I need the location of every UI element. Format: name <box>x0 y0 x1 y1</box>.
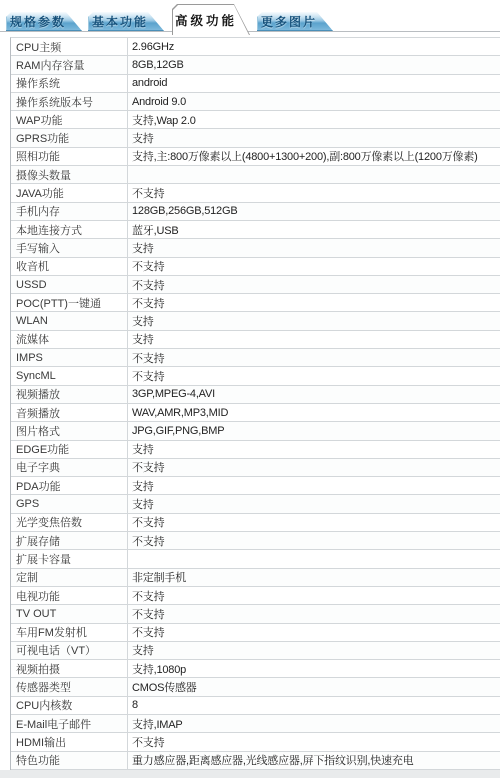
spec-label: EDGE功能 <box>11 441 128 458</box>
table-row: 定制非定制手机 <box>11 569 500 587</box>
table-row: 操作系统android <box>11 75 500 93</box>
spec-value: 不支持 <box>128 294 500 311</box>
table-row: 照相功能支持,主:800万像素以上(4800+1300+200),副:800万像… <box>11 148 500 166</box>
spec-label: RAM内存容量 <box>11 56 128 73</box>
table-row: 特色功能重力感应器,距离感应器,光线感应器,屏下指纹识别,快速充电 <box>11 752 500 770</box>
spec-label: 视频拍摄 <box>11 660 128 677</box>
tab-bar-divider <box>0 31 500 32</box>
spec-label: 音频播放 <box>11 404 128 421</box>
spec-value: 不支持 <box>128 184 500 201</box>
spec-label: WAP功能 <box>11 111 128 128</box>
spec-label: 本地连接方式 <box>11 221 128 238</box>
table-row: 电视功能不支持 <box>11 587 500 605</box>
spec-value: 不支持 <box>128 624 500 641</box>
spec-value: 不支持 <box>128 349 500 366</box>
table-row: 电子字典不支持 <box>11 459 500 477</box>
spec-label: CPU内核数 <box>11 697 128 714</box>
table-row: 扩展卡容量 <box>11 550 500 568</box>
tab-basic-features[interactable]: 基本功能 <box>88 12 164 31</box>
spec-value: 支持 <box>128 129 500 146</box>
table-row: JAVA功能不支持 <box>11 184 500 202</box>
tab-label: 规格参数 <box>10 13 66 30</box>
spec-label: GPRS功能 <box>11 129 128 146</box>
spec-value: 不支持 <box>128 532 500 549</box>
spec-table: CPU主频2.96GHzRAM内存容量8GB,12GB操作系统android操作… <box>10 37 500 770</box>
spec-value: 支持 <box>128 441 500 458</box>
spec-value: 支持,1080p <box>128 660 500 677</box>
spec-value: JPG,GIF,PNG,BMP <box>128 422 500 439</box>
spec-label: 收音机 <box>11 258 128 275</box>
spec-label: GPS <box>11 495 128 512</box>
spec-label: PDA功能 <box>11 477 128 494</box>
table-row: GPRS功能支持 <box>11 129 500 147</box>
tab-bar: 规格参数 基本功能 高级功能 更多图片 <box>0 0 500 37</box>
table-row: 扩展存储不支持 <box>11 532 500 550</box>
spec-value: 支持 <box>128 495 500 512</box>
spec-label: 光学变焦倍数 <box>11 514 128 531</box>
table-row: 手写输入支持 <box>11 239 500 257</box>
spec-value: android <box>128 75 500 92</box>
spec-value <box>128 550 500 567</box>
spec-value: 不支持 <box>128 258 500 275</box>
tab-more-images[interactable]: 更多图片 <box>257 12 333 31</box>
table-row: USSD不支持 <box>11 276 500 294</box>
spec-value: 不支持 <box>128 514 500 531</box>
spec-value: 128GB,256GB,512GB <box>128 203 500 220</box>
spec-value: 重力感应器,距离感应器,光线感应器,屏下指纹识别,快速充电 <box>128 752 500 769</box>
table-row: SyncML不支持 <box>11 367 500 385</box>
table-row: 图片格式JPG,GIF,PNG,BMP <box>11 422 500 440</box>
bottom-strip <box>0 770 500 778</box>
spec-label: WLAN <box>11 312 128 329</box>
table-row: CPU内核数8 <box>11 697 500 715</box>
spec-label: TV OUT <box>11 605 128 622</box>
spec-label: 摄像头数量 <box>11 166 128 183</box>
table-row: EDGE功能支持 <box>11 441 500 459</box>
spec-label: 图片格式 <box>11 422 128 439</box>
spec-value <box>128 166 500 183</box>
spec-value: 不支持 <box>128 605 500 622</box>
table-row: GPS支持 <box>11 495 500 513</box>
tab-spec-params[interactable]: 规格参数 <box>6 12 82 31</box>
spec-label: SyncML <box>11 367 128 384</box>
spec-value: 支持 <box>128 477 500 494</box>
phone-spec-page: 规格参数 基本功能 高级功能 更多图片 CPU主频2.96GHzRAM内存容量8… <box>0 0 500 778</box>
spec-value: 蓝牙,USB <box>128 221 500 238</box>
spec-label: 传感器类型 <box>11 678 128 695</box>
tab-label: 高级功能 <box>175 11 237 29</box>
table-row: TV OUT不支持 <box>11 605 500 623</box>
spec-value: 2.96GHz <box>128 38 500 55</box>
tab-label: 基本功能 <box>92 13 148 30</box>
spec-label: JAVA功能 <box>11 184 128 201</box>
spec-label: CPU主频 <box>11 38 128 55</box>
table-row: 摄像头数量 <box>11 166 500 184</box>
table-row: 手机内存128GB,256GB,512GB <box>11 203 500 221</box>
table-row: 传感器类型CMOS传感器 <box>11 678 500 696</box>
spec-value: Android 9.0 <box>128 93 500 110</box>
table-row: E-Mail电子邮件支持,IMAP <box>11 715 500 733</box>
spec-label: USSD <box>11 276 128 293</box>
spec-label: 特色功能 <box>11 752 128 769</box>
spec-value: 不支持 <box>128 367 500 384</box>
tab-advanced-features[interactable]: 高级功能 <box>172 4 250 35</box>
spec-value: 支持 <box>128 331 500 348</box>
spec-value: 8GB,12GB <box>128 56 500 73</box>
spec-value: 支持,IMAP <box>128 715 500 732</box>
spec-value: WAV,AMR,MP3,MID <box>128 404 500 421</box>
spec-value: CMOS传感器 <box>128 678 500 695</box>
spec-value: 不支持 <box>128 276 500 293</box>
table-row: 车用FM发射机不支持 <box>11 624 500 642</box>
spec-label: POC(PTT)一键通 <box>11 294 128 311</box>
table-row: 视频拍摄支持,1080p <box>11 660 500 678</box>
spec-value: 支持 <box>128 642 500 659</box>
table-row: 本地连接方式蓝牙,USB <box>11 221 500 239</box>
table-row: RAM内存容量8GB,12GB <box>11 56 500 74</box>
spec-label: 视频播放 <box>11 386 128 403</box>
table-row: IMPS不支持 <box>11 349 500 367</box>
spec-label: 手机内存 <box>11 203 128 220</box>
spec-label: 可视电话（VT） <box>11 642 128 659</box>
table-row: 流媒体支持 <box>11 331 500 349</box>
spec-label: 操作系统 <box>11 75 128 92</box>
spec-label: HDMI输出 <box>11 733 128 750</box>
table-row: PDA功能支持 <box>11 477 500 495</box>
table-row: CPU主频2.96GHz <box>11 38 500 56</box>
spec-label: 电子字典 <box>11 459 128 476</box>
spec-label: IMPS <box>11 349 128 366</box>
spec-value: 支持 <box>128 312 500 329</box>
spec-value: 支持 <box>128 239 500 256</box>
spec-value: 不支持 <box>128 733 500 750</box>
table-row: 收音机不支持 <box>11 258 500 276</box>
spec-label: 手写输入 <box>11 239 128 256</box>
spec-label: 操作系统版本号 <box>11 93 128 110</box>
spec-value: 不支持 <box>128 587 500 604</box>
table-row: POC(PTT)一键通不支持 <box>11 294 500 312</box>
tab-label: 更多图片 <box>261 13 317 30</box>
spec-label: 扩展卡容量 <box>11 550 128 567</box>
table-row: 光学变焦倍数不支持 <box>11 514 500 532</box>
table-row: 可视电话（VT）支持 <box>11 642 500 660</box>
table-row: 操作系统版本号Android 9.0 <box>11 93 500 111</box>
spec-value: 3GP,MPEG-4,AVI <box>128 386 500 403</box>
table-row: WAP功能支持,Wap 2.0 <box>11 111 500 129</box>
spec-label: 车用FM发射机 <box>11 624 128 641</box>
spec-label: 电视功能 <box>11 587 128 604</box>
spec-label: 流媒体 <box>11 331 128 348</box>
table-row: 视频播放3GP,MPEG-4,AVI <box>11 386 500 404</box>
table-row: HDMI输出不支持 <box>11 733 500 751</box>
spec-label: E-Mail电子邮件 <box>11 715 128 732</box>
spec-value: 支持,Wap 2.0 <box>128 111 500 128</box>
spec-value: 8 <box>128 697 500 714</box>
table-row: 音频播放WAV,AMR,MP3,MID <box>11 404 500 422</box>
spec-value: 非定制手机 <box>128 569 500 586</box>
spec-value: 支持,主:800万像素以上(4800+1300+200),副:800万像素以上(… <box>128 148 500 165</box>
spec-label: 扩展存储 <box>11 532 128 549</box>
spec-label: 照相功能 <box>11 148 128 165</box>
table-row: WLAN支持 <box>11 312 500 330</box>
spec-label: 定制 <box>11 569 128 586</box>
spec-value: 不支持 <box>128 459 500 476</box>
